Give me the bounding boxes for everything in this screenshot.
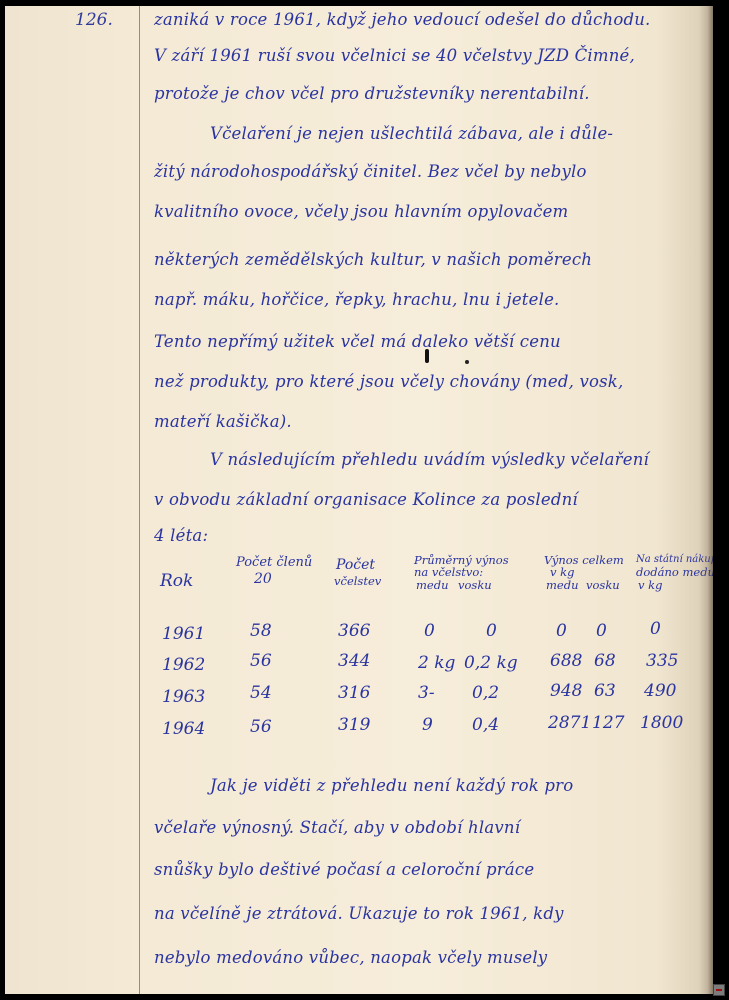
cell-prum-vosk: 0: [486, 621, 497, 641]
text-line: Včelaření je nejen ušlechtilá zábava, al…: [210, 124, 613, 143]
text-line: mateří kašička).: [154, 412, 292, 431]
text-line: na včelíně je ztrátová. Ukazuje to rok 1…: [154, 904, 564, 923]
text-line: V následujícím přehledu uvádím výsledky …: [210, 450, 649, 469]
cell-celk-med: 0: [556, 621, 567, 641]
header-prumerny-med: medu: [416, 579, 448, 591]
cell-vcelstev: 319: [338, 715, 370, 735]
text-line: včelaře výnosný. Stačí, aby v období hla…: [154, 818, 520, 837]
header-vcelstev-2: včelstev: [334, 575, 381, 587]
header-celkem-vosk: vosku: [586, 579, 620, 591]
ink-spot: [465, 360, 469, 364]
cell-prum-vosk: 0,2: [472, 683, 499, 703]
text-line: v obvodu základní organisace Kolince za …: [154, 490, 578, 509]
cell-prum-med: 0: [424, 621, 435, 641]
header-rok: Rok: [160, 571, 193, 591]
cell-clenu: 56: [250, 717, 272, 737]
cell-vcelstev: 316: [338, 683, 370, 703]
cell-clenu: 58: [250, 621, 272, 641]
cell-dodano: 490: [644, 681, 676, 701]
cell-clenu: 54: [250, 683, 272, 703]
text-line: žitý národohospodářský činitel. Bez včel…: [154, 162, 587, 181]
cell-celk-vosk: 0: [596, 621, 607, 641]
cell-prum-vosk: 0,4: [472, 715, 499, 735]
cell-rok: 1964: [162, 719, 205, 739]
cell-clenu: 56: [250, 651, 272, 671]
cell-rok: 1962: [162, 655, 205, 675]
header-vcelstev: Počet: [336, 559, 375, 571]
page-number: 126.: [75, 10, 113, 30]
header-prumerny-vosk: vosku: [458, 579, 492, 591]
header-celkem-med: medu: [546, 579, 578, 591]
header-prumerny-2: na včelstvo:: [414, 566, 483, 578]
cell-prum-vosk: 0,2 kg: [464, 653, 518, 673]
cell-dodano: 335: [646, 651, 678, 671]
header-clenu-count: 20: [254, 573, 272, 585]
cell-prum-med: 2 kg: [418, 653, 455, 673]
ink-blot: [425, 349, 429, 363]
cell-celk-med: 688: [550, 651, 582, 671]
text-line: 4 léta:: [154, 526, 208, 545]
viewer-corner-icon[interactable]: [713, 984, 725, 996]
cell-celk-med: 2871: [548, 713, 591, 733]
cell-dodano: 1800: [640, 713, 683, 733]
header-clenu: Počet členů: [236, 557, 312, 569]
text-line: protože je chov včel pro družstevníky ne…: [154, 84, 590, 103]
cell-prum-med: 3-: [418, 683, 435, 703]
cell-rok: 1963: [162, 687, 205, 707]
header-celkem-2: v kg: [550, 566, 574, 578]
text-line: Tento nepřímý užitek včel má daleko větš…: [154, 332, 561, 351]
margin-line: [139, 6, 140, 994]
text-line: V září 1961 ruší svou včelnici se 40 vče…: [154, 46, 635, 65]
cell-prum-med: 9: [422, 715, 433, 735]
cell-vcelstev: 366: [338, 621, 370, 641]
text-line: než produkty, pro které jsou včely chová…: [154, 372, 623, 391]
cell-celk-vosk: 127: [592, 713, 624, 733]
text-line: nebylo medováno vůbec, naopak včely muse…: [154, 948, 547, 967]
cell-rok: 1961: [162, 624, 205, 644]
text-line: kvalitního ovoce, včely jsou hlavním opy…: [154, 202, 568, 221]
header-dodano-2: dodáno medu: [636, 566, 713, 578]
cell-celk-vosk: 68: [594, 651, 616, 671]
text-line: Jak je viděti z přehledu není každý rok …: [210, 776, 573, 795]
header-dodano-3: v kg: [638, 579, 662, 591]
cell-celk-vosk: 63: [594, 681, 616, 701]
text-line: některých zemědělských kultur, v našich …: [154, 250, 592, 269]
cell-dodano: 0: [650, 619, 661, 639]
cell-celk-med: 948: [550, 681, 582, 701]
text-line: např. máku, hořčice, řepky, hrachu, lnu …: [154, 290, 559, 309]
cell-vcelstev: 344: [338, 651, 370, 671]
text-line: snůšky bylo deštivé počasí a celoroční p…: [154, 860, 534, 879]
chronicle-page: 126. zaniká v roce 1961, když jeho vedou…: [5, 6, 713, 994]
text-line: zaniká v roce 1961, když jeho vedoucí od…: [154, 10, 651, 29]
